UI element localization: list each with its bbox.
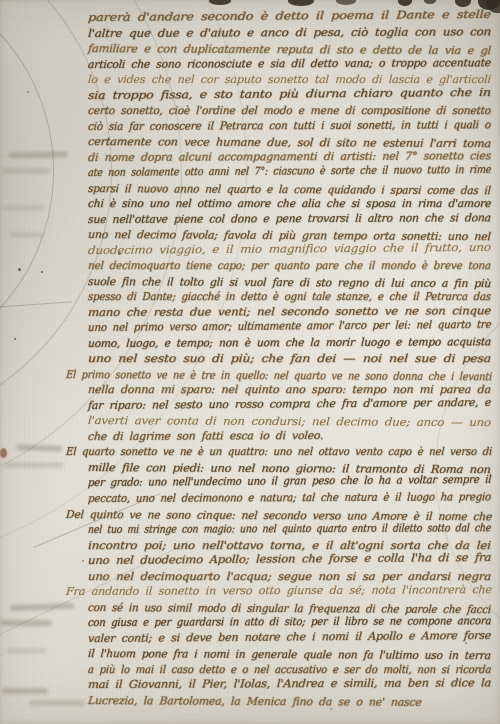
manuscript-line: peccato, uno nel decimonono e natura; ta… xyxy=(87,489,492,506)
cropped-text-mark xyxy=(455,0,471,7)
manuscript-line: ciò sia far conoscere il Petrarca con tu… xyxy=(87,117,492,134)
paper-speck xyxy=(27,91,29,93)
manuscript-line-text: spesso di Dante; giacché in detto è ogni… xyxy=(87,289,491,305)
manuscript-line: parerà d'andare secondo è detto il poema… xyxy=(88,7,493,26)
cropped-text-mark xyxy=(398,0,412,6)
manuscript-page: parerà d'andare secondo è detto il poema… xyxy=(0,0,500,724)
manuscript-line-text: sia troppo fissa, e sto tanto più diurna… xyxy=(88,84,492,103)
manuscript-line: valer conti; e si deve ben notare che i … xyxy=(88,627,493,646)
manuscript-line-text: duodecimo viaggio, e il mio magnifico vi… xyxy=(88,240,492,259)
manuscript-line: mai il Giovanni, il Pier, l'Iolas, l'And… xyxy=(87,675,492,692)
manuscript-line: duodecimo viaggio, e il mio magnifico vi… xyxy=(88,240,493,259)
manuscript-line: ate non solamente otto anni nel 7°: cias… xyxy=(88,162,493,181)
manuscript-line-text: far riparo: nel sesto uno rosso compra c… xyxy=(88,395,492,414)
manuscript-line: uno nel primo verso amor; ultimamente am… xyxy=(88,317,493,336)
manuscript-line: certo sonetto, cioè l'ordine del modo e … xyxy=(87,103,492,119)
manuscript-line-text: uomo, luogo, e tempo; non è uom che la m… xyxy=(87,334,491,351)
cropped-text-mark xyxy=(209,0,231,5)
manuscript-line: uno nel duodecimo Apollo; lession che fo… xyxy=(88,550,493,569)
manuscript-line-text: uno nel duodecimo Apollo; lession che fo… xyxy=(88,550,492,569)
manuscript-line: sia troppo fissa, e sto tanto più diurna… xyxy=(88,84,493,103)
bleedthrough-smudge xyxy=(6,648,46,654)
manuscript-line-text: per grado: uno nell'undecimo uno il gran… xyxy=(88,472,492,491)
manuscript-line-text: El quarto sonetto ve ne è un quattro: un… xyxy=(65,444,492,460)
manuscript-line-text: nel decimoquarto tiene capo; per quanto … xyxy=(87,258,491,274)
manuscript-line-text: nel tuo mi stringe con magio: uno nel qu… xyxy=(87,520,491,537)
manuscript-line: che di lagrime son fatti esca io di vole… xyxy=(87,427,492,444)
manuscript-line-text: chi è sino uno nel ottimo amore che alia… xyxy=(87,196,491,212)
manuscript-line: per grado: uno nell'undecimo uno il gran… xyxy=(88,472,493,491)
manuscript-line: chi è sino uno nel ottimo amore che alia… xyxy=(87,196,492,212)
manuscript-line-text: articoli che sono riconosciute e sia dil… xyxy=(87,55,491,72)
manuscript-line: nel tuo mi stringe con magio: uno nel qu… xyxy=(87,520,492,537)
manuscript-line: articoli che sono riconosciute e sia dil… xyxy=(87,55,492,72)
ink-spot xyxy=(0,448,7,458)
manuscript-line-text: che di lagrime son fatti esca io di vole… xyxy=(87,428,323,445)
manuscript-line: nel decimoquarto tiene capo; per quanto … xyxy=(87,258,492,274)
paper-speck xyxy=(82,560,84,562)
manuscript-line-text: ate non solamente otto anni nel 7°: cias… xyxy=(88,162,492,181)
manuscript-line-text: Fra andando il sonetto in verso otto giu… xyxy=(65,582,492,599)
cropped-text-mark xyxy=(424,0,436,4)
manuscript-line: far riparo: nel sesto uno rosso compra c… xyxy=(88,395,493,414)
manuscript-line: spesso di Dante; giacché in detto è ogni… xyxy=(87,289,492,305)
cropped-text-mark xyxy=(288,0,314,6)
manuscript-line: uomo, luogo, e tempo; non è uom che la m… xyxy=(87,334,492,351)
manuscript-line-text: Lucrezia, la Bartolomea, la Menica fino … xyxy=(87,693,422,710)
manuscript-line: Fra andando il sonetto in verso otto giu… xyxy=(65,582,492,599)
manuscript-line: uno nel sesto suo di più; che fan dei — … xyxy=(87,351,492,367)
manuscript-line-text: sue nell'ottave piene col dono e pene tr… xyxy=(87,210,491,227)
bleedthrough-smudge xyxy=(30,700,85,706)
bleedthrough-smudge xyxy=(2,688,48,694)
paper-speck xyxy=(41,271,43,273)
manuscript-text: parerà d'andare secondo è detto il poema… xyxy=(88,10,492,708)
manuscript-line: sue nell'ottave piene col dono e pene tr… xyxy=(87,210,492,227)
manuscript-line-text: ciò sia far conoscere il Petrarca con tu… xyxy=(87,117,491,134)
manuscript-line: El quarto sonetto ve ne è un quattro: un… xyxy=(65,444,492,460)
manuscript-line-text: l'altre que due e d'aiuto e anco di pesa… xyxy=(87,24,491,41)
paper-speck xyxy=(14,338,16,340)
manuscript-line-text: valer conti; e si deve ben notare che i … xyxy=(88,627,492,646)
manuscript-line-text: parerà d'andare secondo è detto il poema… xyxy=(88,7,492,26)
manuscript-line: l'altre que due e d'aiuto e anco di pesa… xyxy=(87,24,492,41)
manuscript-line-text: peccato, uno nel decimonono e natura; ta… xyxy=(87,489,491,506)
paper-speck xyxy=(18,268,21,271)
manuscript-line-text: uno nel primo verso amor; ultimamente am… xyxy=(88,317,492,336)
bleedthrough-smudge xyxy=(10,603,74,611)
manuscript-line-text: certo sonetto, cioè l'ordine del modo e … xyxy=(87,103,491,119)
cropped-text-mark xyxy=(336,0,356,5)
manuscript-line-text: mai il Giovanni, il Pier, l'Iolas, l'And… xyxy=(87,675,491,692)
manuscript-line: Lucrezia, la Bartolomea, la Menica fino … xyxy=(87,693,492,711)
manuscript-line-text: uno nel sesto suo di più; che fan dei — … xyxy=(87,351,491,367)
